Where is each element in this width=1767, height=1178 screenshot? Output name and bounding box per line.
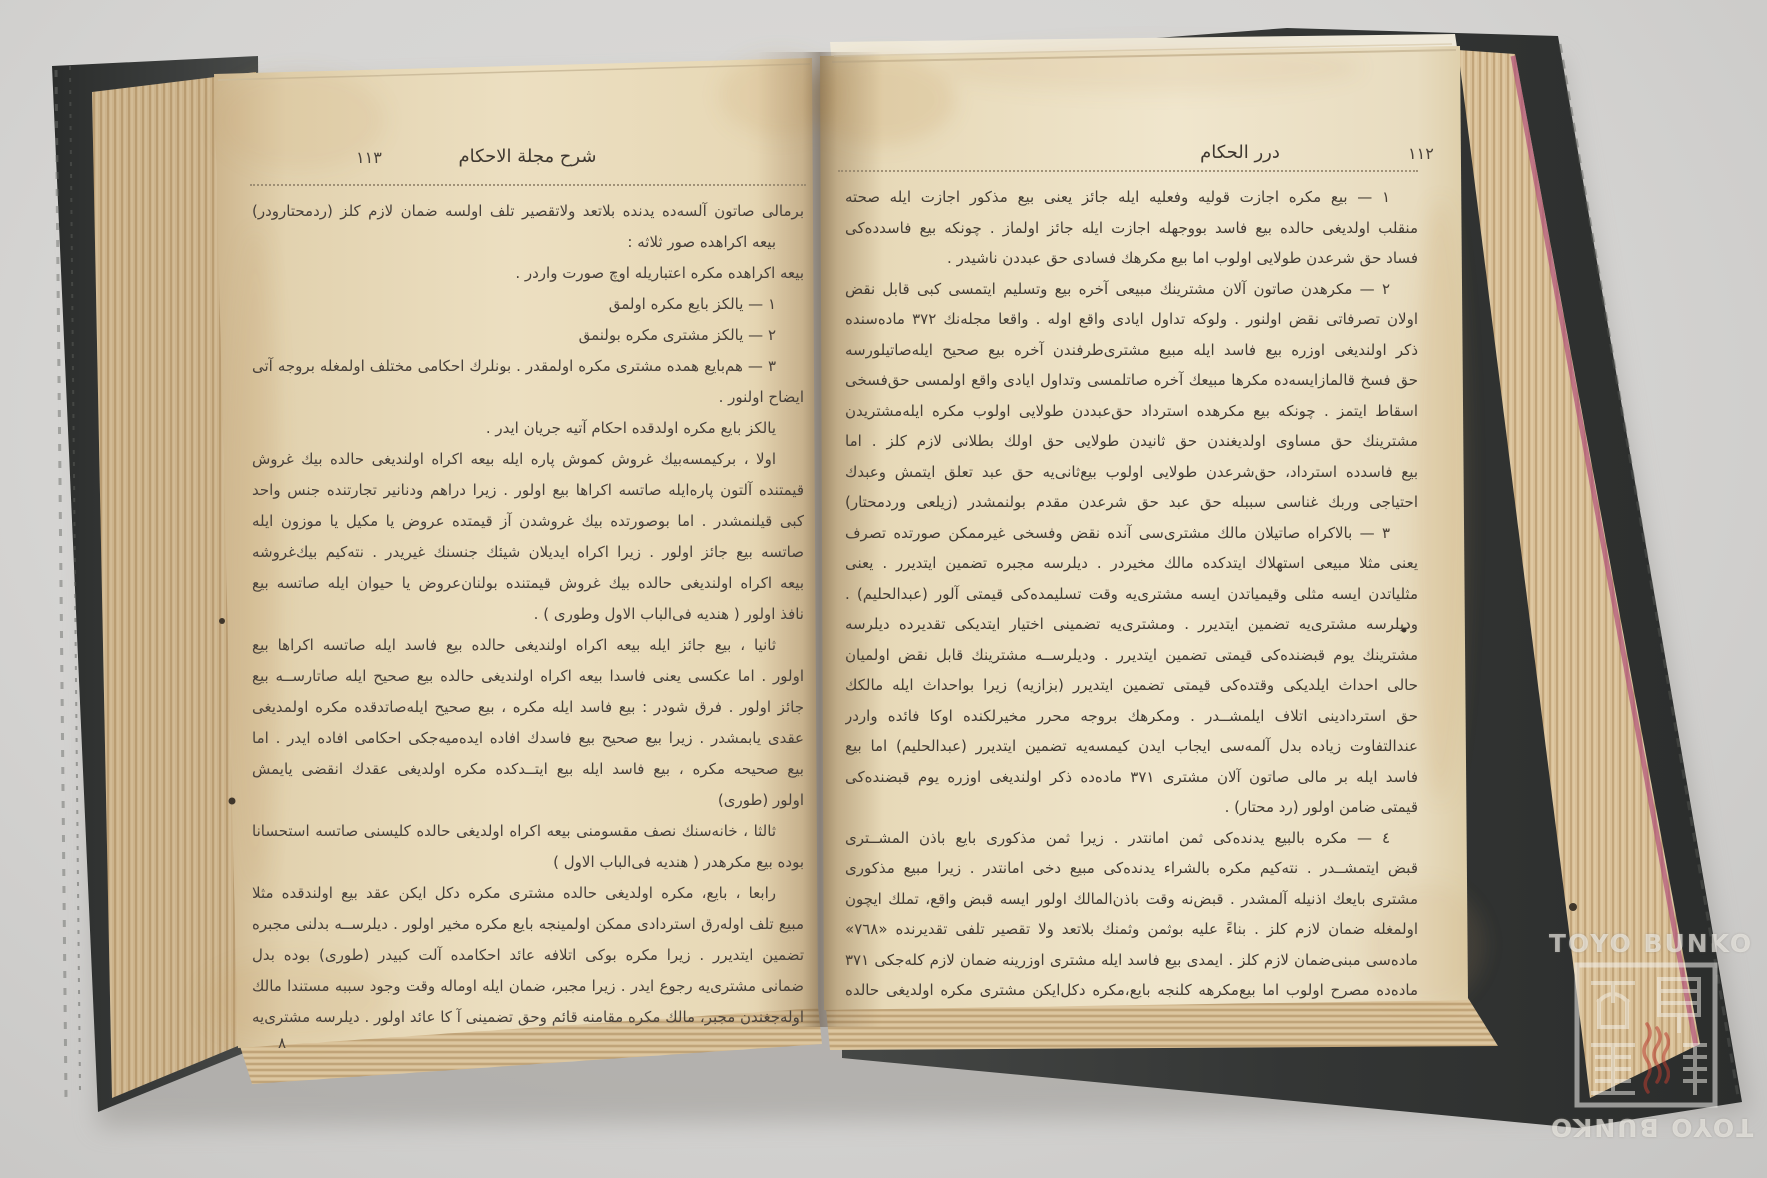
right-page-text: ١ — بيع مكره اجازت قوليه وفعليه ايله جائ…: [845, 182, 1418, 1006]
text-line: ١ — بيع مكره اجازت قوليه وفعليه ايله جائ…: [845, 182, 1418, 213]
photo-of-open-book: ١١٣ شرح مجلة الاحكام برمالى صاتون آلسه‌د…: [0, 0, 1767, 1178]
text-line: قيمتنده آلتون پاره‌ايله صاتسه اكراها بيع…: [252, 475, 804, 506]
text-line: مشترينك حق مساوى اولديغندن حق ثانيدن طول…: [845, 426, 1418, 457]
text-line: منقلب اولديغى حالده بيع فاسد بووجهله اجا…: [845, 213, 1418, 244]
text-line: ثالثا ، خانه‌سنك نصف مقسومنى بيعه اكراه …: [252, 816, 804, 847]
text-line: مشترى بايعك اذنيله آلمشدر . قبض‌نه وقت ب…: [845, 884, 1418, 915]
text-line: ذكر اولنديغى اوزره بيع فاسد ايله مبيع مش…: [845, 335, 1418, 366]
text-line: ايضاح اولنور .: [252, 382, 804, 413]
text-line: اوله‌جغندن مجبر، مالك مكره مقامنه قائم و…: [252, 1002, 804, 1033]
text-line: قبض ايتمشــدر . نته‌كيم مكره بالشراء يدن…: [845, 853, 1418, 884]
text-line: اولان تصرفاتى نقض اولنور . ولوكه تداول ا…: [845, 304, 1418, 335]
text-line: فاسد ايله بر مالى صاتون آلان مشترى ٣٧١ م…: [845, 762, 1418, 793]
text-line: رابعا ، بايع، مكره اولديغى حالده مشترى م…: [252, 878, 804, 909]
text-line: حق فسخ قالمازايسه‌ده مكرها مبيعك آخره صا…: [845, 365, 1418, 396]
text-line: يعنى مثلا مبيعى استهلاك ايتدكده مالك مخي…: [845, 548, 1418, 579]
text-line: وديلرسه مشترى‌يه تضمين ايتديرر . ومشترى‌…: [845, 609, 1418, 640]
text-line: اسقاط ايتمز . چونكه بيع مكرهده استرداد ح…: [845, 396, 1418, 427]
text-line: ضمانى مشترى‌يه رجوع ايدر . زيرا مجبر، ضم…: [252, 971, 804, 1002]
text-line: برمالى صاتون آلسه‌ده يدنده بلاتعد ولاتقص…: [252, 196, 804, 227]
text-line: عقدى يابمشدر . زيرا بيع صحيح بيع فاسدك ا…: [252, 723, 804, 754]
text-line: مبيع تلف اوله‌رق استردادى ممكن اولمينجه …: [252, 909, 804, 940]
text-line: مشترينك يوم قبضنده‌كى قيمتى تضمين ايتدير…: [845, 640, 1418, 671]
text-line: اولا ، بركيمسه‌بيك غروش كموش پاره ايله ب…: [252, 444, 804, 475]
text-line: ٣ — بالاكراه صاتيلان مالك مشترى‌سى آنده …: [845, 518, 1418, 549]
text-line: ماده‌سى مبنى‌ضمان لازم كلز . ايمدى بيع ف…: [845, 945, 1418, 976]
text-line: بيعه اكراهده مكره اعتباريله اوچ صورت وار…: [252, 258, 804, 289]
text-line: فساد حق شرعدن طولايى اولوب اما بيع مكرهك…: [845, 243, 1418, 274]
text-line: ثانيا ، بيع جائز ايله بيعه اكراه اولنديغ…: [252, 630, 804, 661]
text-line: اولور . اما عكسى يعنى فاسدا بيعه اكراه ا…: [252, 661, 804, 692]
right-page-header-rule: [838, 170, 1418, 172]
text-line: ٣ — هم‌بايع همده مشترى مكره اولمقدر . بو…: [252, 351, 804, 382]
text-line: يالكز بايع مكره اولدقده احكام آتيه جريان…: [252, 413, 804, 444]
text-line: نافذ اولور ( هنديه فى‌الباب الاول وطورى …: [252, 599, 804, 630]
text-line: كبى قيلنمشدر . اما بوصورتده بيك غروشدن آ…: [252, 506, 804, 537]
text-line: بيع فاسدده استرداد، حق‌شرعدن طولايى اولو…: [845, 457, 1418, 488]
left-page-header-title: شرح مجلة الاحكام: [255, 146, 800, 167]
text-line: بيعه اكراه اولنديغى حالده بيك غروش قيمتن…: [252, 568, 804, 599]
text-line: ماده‌ده مصرح اولوب اما بيع‌مكرهه كلنجه ب…: [845, 975, 1418, 1006]
text-line: تضمين ايتديرر . زيرا مكره بوكى اتلافه عا…: [252, 940, 804, 971]
text-line: عندالتفاوت زياده بدل آلمه‌سى ايجاب ايدن …: [845, 731, 1418, 762]
right-page-header-title: درر الحكام: [1060, 142, 1420, 163]
text-line: بيعه اكراهده صور ثلاثه :: [252, 227, 804, 258]
text-line: جائز اولور . فرق شودر : بيع فاسد ايله مك…: [252, 692, 804, 723]
text-line: ٢ — يالكز مشترى مكره بولنمق: [252, 320, 804, 351]
text-line: حق استردادينى اتلاف ايلمشــدر . ومكرهك ب…: [845, 701, 1418, 732]
text-line: احتياجى وربك غناسى سببله حق عبد حق شرعدن…: [845, 487, 1418, 518]
text-line: ١ — يالكز بايع مكره اولمق: [252, 289, 804, 320]
text-line: مثليا‌تدن ايسه مثلى وقيميا‌تدن ايسه مشتر…: [845, 579, 1418, 610]
text-line: بوده بيع مكرهدر ( هنديه فى‌الباب الاول ): [252, 847, 804, 878]
text-line: قيمتى ضامن اولور (رد محتار) .: [845, 792, 1418, 823]
text-line: ٤ — مكره بالبيع يدنده‌كى ثمن امانتدر . ز…: [845, 823, 1418, 854]
text-line: حالى احداث ايلديكى وقتده‌كى قيمتى تضمين …: [845, 670, 1418, 701]
left-page-signature: ٨: [278, 1034, 286, 1052]
text-line: اولمغله ضمان لازم كلز . بناءً عليه بوثمن…: [845, 914, 1418, 945]
left-page-header-rule: [250, 184, 806, 186]
text-line: اولور (طورى): [252, 785, 804, 816]
text-line: ٢ — مكرهدن صاتون آلان مشترينك مبيعى آخره…: [845, 274, 1418, 305]
left-page-text: برمالى صاتون آلسه‌ده يدنده بلاتعد ولاتقص…: [252, 196, 804, 1033]
text-line: صاتسه بيع جائز اولور . زيرا اكراه ايديلا…: [252, 537, 804, 568]
text-line: بيع صحيحه مكره ، بيع فاسد ايله بيع ايتــ…: [252, 754, 804, 785]
